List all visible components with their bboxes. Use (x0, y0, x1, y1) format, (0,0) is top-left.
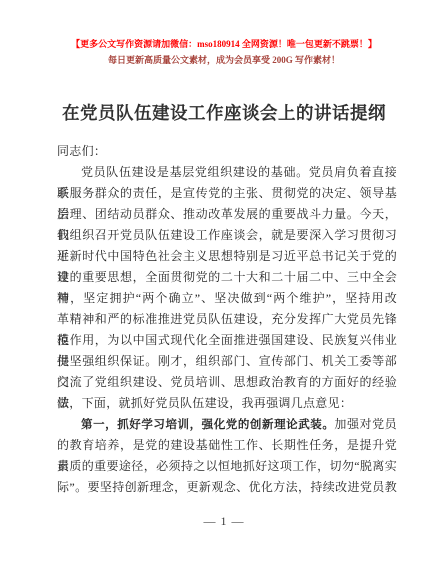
document-page: 【更多公文写作资源请加微信：mso180914 全网资源！唯一包更新不跳票！】 … (0, 0, 448, 580)
body-line: 范作用，为以中国式现代化全面推进强国建设、民族复兴伟业提 (57, 330, 397, 351)
body-line: 系服务群众的责任，是宣传党的主张、贯彻党的决定、领导基层 (57, 183, 397, 204)
body-line: 平新时代中国特色社会主义思想特别是习近平总书记关于党的建 (57, 246, 397, 267)
body-line: 们组织召开党员队伍建设工作座谈会，就是要深入学习贯彻习近 (57, 225, 397, 246)
body-line: 第一，抓好学习培训，强化党的创新理论武装。加强对党员 (57, 414, 397, 435)
body-line: 同志们： (57, 141, 397, 162)
promo-banner: 【更多公文写作资源请加微信：mso180914 全网资源！唯一包更新不跳票！】 … (0, 38, 448, 66)
body-line: 神，坚定拥护“两个确立”、坚决做到“两个维护”，坚持用改 (57, 288, 397, 309)
body-line: 党员队伍建设是基层党组织建设的基础。党员肩负着直接联 (57, 162, 397, 183)
text-segment: 加强对党员 (334, 417, 397, 431)
text-segment: 际”。要坚持创新理念，更新观念、优化方法，持续改进党员教 (57, 480, 397, 494)
body-line: 设的重要思想，全面贯彻党的二十大和二十届二中、三中全会精 (57, 267, 397, 288)
body-line: 际”。要坚持创新理念，更新观念、优化方法，持续改进党员教 (57, 477, 397, 498)
text-segment: 同志们： (57, 144, 106, 158)
body-line: 素质的重要途径，必须持之以恒地抓好这项工作，切勿“脱离实 (57, 456, 397, 477)
text-segment: 素质的重要途径，必须持之以恒地抓好这项工作，切勿“脱离实 (57, 459, 397, 473)
page-number: — 1 — (0, 514, 448, 529)
text-segment: 法，下面，就抓好党员队伍建设，我再强调几点意见： (57, 396, 352, 410)
body-line: 供坚强组织保证。刚才，组织部门、宣传部门、机关工委等部门 (57, 351, 397, 372)
document-body: 同志们：党员队伍建设是基层党组织建设的基础。党员肩负着直接联系服务群众的责任，是… (57, 141, 397, 498)
page-title: 在党员队伍建设工作座谈会上的讲话提纲 (0, 100, 448, 125)
promo-banner-line-1: 【更多公文写作资源请加微信：mso180914 全网资源！唯一包更新不跳票！】 (0, 38, 448, 50)
body-line: 交流了党组织建设、党员培训、思想政治教育的方面好的经验做 (57, 372, 397, 393)
promo-banner-line-2: 每日更新高质量公文素材，成为会员享受 200G 写作素材！ (0, 54, 448, 66)
body-line: 法，下面，就抓好党员队伍建设，我再强调几点意见： (57, 393, 397, 414)
body-line: 革精神和严的标准推进党员队伍建设，充分发挥广大党员先锋模 (57, 309, 397, 330)
bold-text-segment: 第一，抓好学习培训，强化党的创新理论武装。 (81, 419, 334, 431)
text-segment: 神，坚定拥护“两个确立”、坚决做到“两个维护”，坚持用改 (57, 291, 397, 305)
body-line: 治理、团结动员群众、推动改革发展的重要战斗力量。今天，我 (57, 204, 397, 225)
body-line: 的教育培养，是党的建设基础性工作、长期性任务，是提升党员 (57, 435, 397, 456)
